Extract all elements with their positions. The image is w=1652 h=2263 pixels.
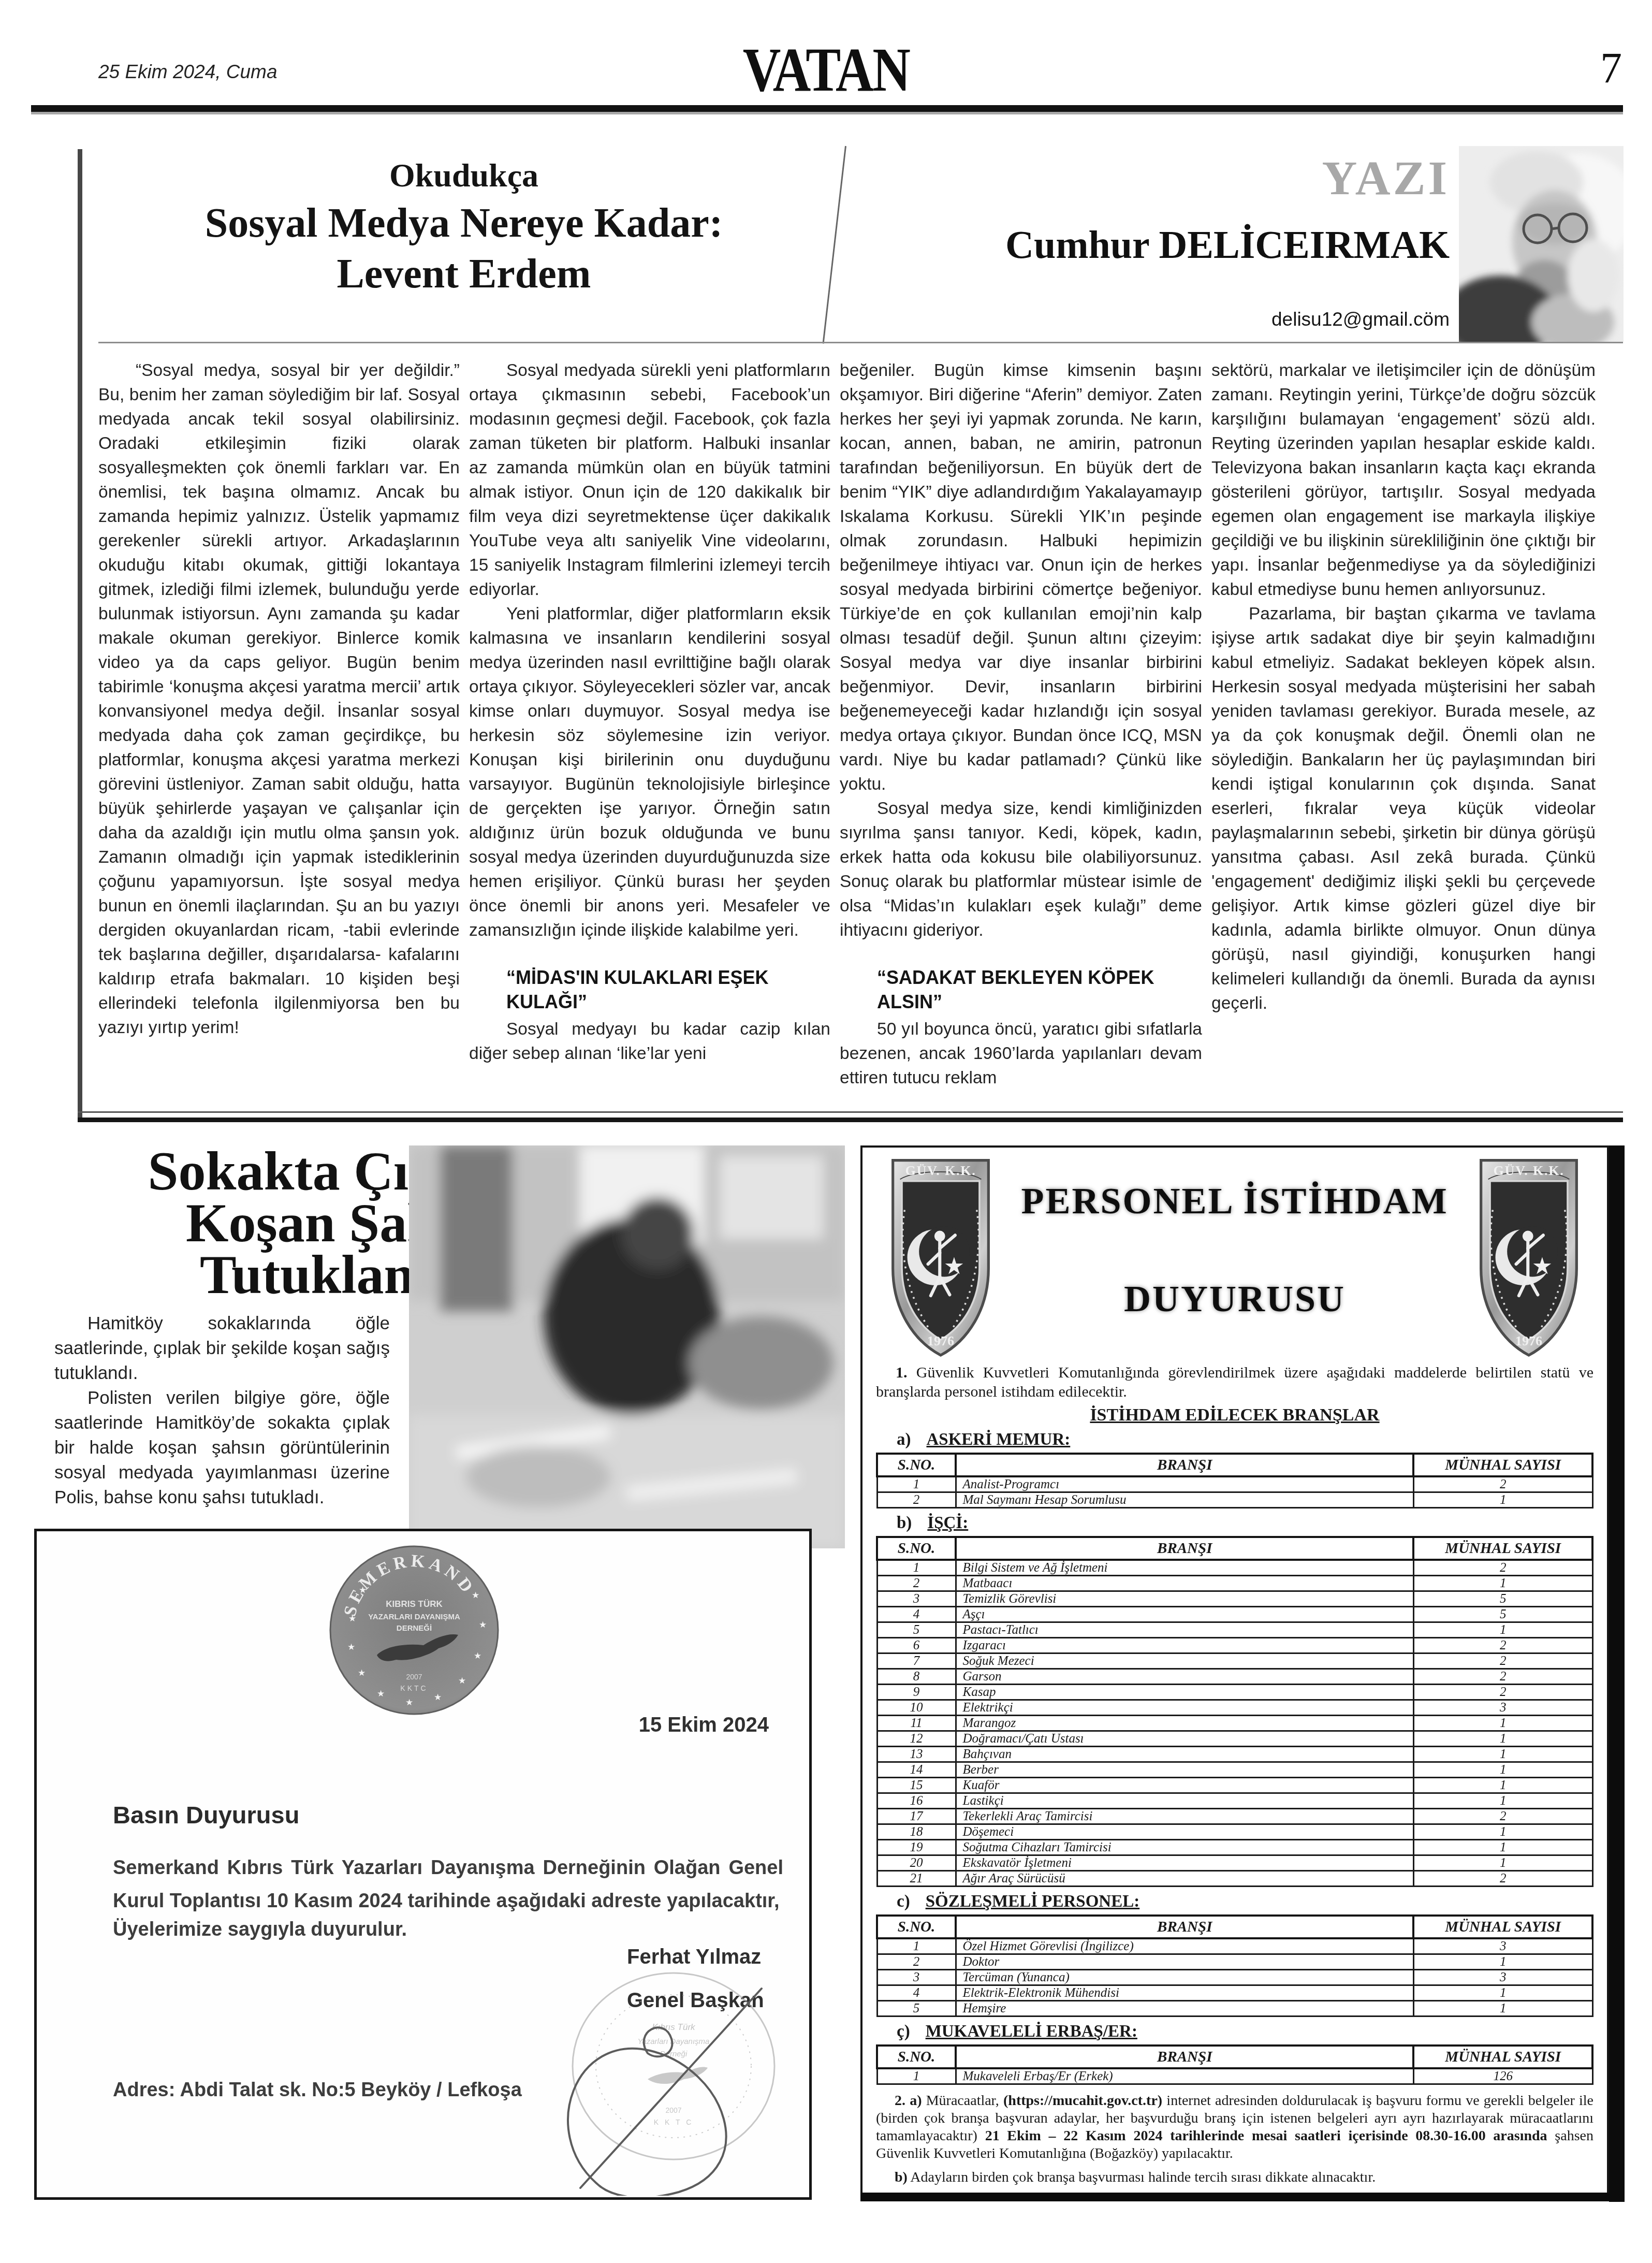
table-cell: Marangoz — [956, 1716, 1413, 1731]
ad-intro: 1. Güvenlik Kuvvetleri Komutanlığında gö… — [876, 1363, 1593, 1401]
column-header: MÜNHAL SAYISI — [1413, 1916, 1592, 1938]
note-2a: 2. a) Müracaatlar, (https://mucahit.gov.… — [876, 2092, 1593, 2163]
table-cell: 1 — [1413, 2001, 1592, 2017]
section-divider-thick — [78, 1118, 1623, 1122]
ad-title-line1: PERSONEL İSTİHDAM — [1005, 1180, 1464, 1223]
title-rule — [98, 342, 1623, 343]
article-header: Okudukça Sosyal Medya Nereye Kadar: Leve… — [98, 153, 829, 299]
newspaper-title: VATAN — [124, 34, 1528, 106]
table-cell: 5 — [877, 2001, 956, 2017]
column-header: MÜNHAL SAYISI — [1413, 1454, 1592, 1476]
table-cell: 5 — [1413, 1591, 1592, 1607]
paragraph: Sosyal medyayı bu kadar cazip kılan diğe… — [469, 1017, 830, 1066]
table-cell: Pastacı-Tatlıcı — [956, 1622, 1413, 1638]
svg-text:2007: 2007 — [406, 1673, 422, 1681]
table-cell: 18 — [877, 1824, 956, 1840]
table-cell: Kuaför — [956, 1778, 1413, 1793]
table-cell: 2 — [877, 1954, 956, 1970]
article-kicker: Okudukça — [98, 153, 829, 198]
svg-text:Yazarları Dayanışma: Yazarları Dayanışma — [638, 2037, 710, 2046]
table-row: 10Elektrikçi3 — [877, 1700, 1592, 1716]
table-header-row: S.NO.BRANŞIMÜNHAL SAYISI — [877, 1454, 1592, 1476]
table-cell: Garson — [956, 1669, 1413, 1685]
table-cell: Bilgi Sistem ve Ağ İşletmeni — [956, 1560, 1413, 1576]
table-cell: 16 — [877, 1793, 956, 1809]
ad-title: PERSONEL İSTİHDAM DUYURUSU — [1005, 1180, 1464, 1321]
table-cell: Lastikçi — [956, 1793, 1413, 1809]
table-cell: 2 — [1413, 1809, 1592, 1824]
table-row: 3Temizlik Görevlisi5 — [877, 1591, 1592, 1607]
svg-text:★: ★ — [472, 1590, 479, 1600]
svg-text:YAZARLARI DAYANIŞMA: YAZARLARI DAYANIŞMA — [368, 1613, 460, 1621]
table-cell: Elektrik-Elektronik Mühendisi — [956, 1985, 1413, 2001]
table-cell: 1 — [1413, 1576, 1592, 1591]
table-row: 11Marangoz1 — [877, 1716, 1592, 1731]
table-cell: Berber — [956, 1762, 1413, 1778]
column-header: MÜNHAL SAYISI — [1413, 2046, 1592, 2068]
table-cell: Hemşire — [956, 2001, 1413, 2017]
article-subhead: “SADAKAT BEKLEYEN KÖPEK ALSIN” — [840, 965, 1202, 1014]
svg-text:★: ★ — [359, 1585, 367, 1595]
table-cell: Soğutma Cihazları Tamircisi — [956, 1840, 1413, 1855]
section-d-heading: ç)MUKAVELELİ ERBAŞ/ER: — [897, 2022, 1593, 2041]
svg-text:★: ★ — [458, 1676, 466, 1686]
page-number: 7 — [1600, 43, 1622, 94]
svg-text:K K T C: K K T C — [654, 2118, 694, 2126]
table-cell: 1 — [1413, 1492, 1592, 1508]
author-name: Cumhur DELİCEIRMAK — [828, 223, 1450, 268]
table-cell: 1 — [1413, 1622, 1592, 1638]
table-row: 15Kuaför1 — [877, 1778, 1592, 1793]
table-cell: Aşçı — [956, 1607, 1413, 1622]
table-row: 12Doğramacı/Çatı Ustası1 — [877, 1731, 1592, 1747]
svg-text:★: ★ — [474, 1651, 481, 1661]
svg-text:★: ★ — [377, 1689, 385, 1699]
table-cell: 2 — [1413, 1638, 1592, 1653]
newspaper-page: 25 Ekim 2024, Cuma VATAN 7 Okudukça Sosy… — [0, 0, 1652, 2263]
paragraph: sektörü, markalar ve iletişimciler için … — [1211, 358, 1596, 602]
table-row: 5Pastacı-Tatlıcı1 — [877, 1622, 1592, 1638]
table-cell: 1 — [1413, 1747, 1592, 1762]
isci-table: S.NO.BRANŞIMÜNHAL SAYISI1Bilgi Sistem ve… — [876, 1536, 1593, 1887]
table-cell: Mal Saymanı Hesap Sorumlusu — [956, 1492, 1413, 1508]
table-cell: 9 — [877, 1685, 956, 1700]
article-title-line1: Sosyal Medya Nereye Kadar: — [98, 198, 829, 249]
table-row: 1Mukaveleli Erbaş/Er (Erkek)126 — [877, 2068, 1592, 2084]
table-cell: 6 — [877, 1638, 956, 1653]
table-cell: Kasap — [956, 1685, 1413, 1700]
svg-text:KKTC: KKTC — [400, 1684, 428, 1692]
table-cell: 1 — [1413, 1793, 1592, 1809]
table-cell: Tercüman (Yunanca) — [956, 1970, 1413, 1985]
table-cell: 2 — [877, 1492, 956, 1508]
column-header: BRANŞI — [956, 2046, 1413, 2068]
paragraph: Sosyal medya size, kendi kimliğinizden s… — [840, 796, 1202, 942]
section-divider-thin — [78, 1111, 1623, 1113]
press-release-letter: SEMERKAND KIBRIS TÜRK YAZARLARI DAYANIŞM… — [34, 1529, 812, 2200]
table-cell: Mukaveleli Erbaş/Er (Erkek) — [956, 2068, 1413, 2084]
table-cell: 2 — [1413, 1560, 1592, 1576]
table-cell: 3 — [877, 1970, 956, 1985]
table-cell: 2 — [1413, 1476, 1592, 1492]
paragraph: Polisten verilen bilgiye göre, öğle saat… — [54, 1386, 390, 1510]
table-cell: 2 — [1413, 1685, 1592, 1700]
article-column-4: sektörü, markalar ve iletişimciler için … — [1211, 358, 1596, 1121]
semerkand-logo: SEMERKAND KIBRIS TÜRK YAZARLARI DAYANIŞM… — [328, 1544, 501, 1717]
table-cell: 5 — [877, 1622, 956, 1638]
table-cell: 11 — [877, 1716, 956, 1731]
table-row: 3Tercüman (Yunanca)3 — [877, 1970, 1592, 1985]
table-cell: Izgaracı — [956, 1638, 1413, 1653]
table-row: 1Analist-Programcı2 — [877, 1476, 1592, 1492]
ad-title-line2: DUYURUSU — [1005, 1278, 1464, 1321]
article-left-bar — [78, 149, 82, 1122]
table-cell: Matbaacı — [956, 1576, 1413, 1591]
svg-text:DERNEĞİ: DERNEĞİ — [397, 1623, 432, 1633]
table-row: 20Ekskavatör İşletmeni1 — [877, 1855, 1592, 1871]
table-cell: Analist-Programcı — [956, 1476, 1413, 1492]
article-column-3: beğeniler. Bugün kimse kimsenin başını o… — [840, 358, 1202, 1121]
table-row: 4Aşçı5 — [877, 1607, 1592, 1622]
table-cell: 1 — [877, 1476, 956, 1492]
crime-article-body: Hamitköy sokaklarında öğle saatlerinde, … — [54, 1311, 390, 1510]
section-b-heading: b)İŞÇİ: — [897, 1514, 1593, 1533]
column-header: BRANŞI — [956, 1454, 1413, 1476]
svg-text:★: ★ — [479, 1620, 487, 1630]
table-cell: Ekskavatör İşletmeni — [956, 1855, 1413, 1871]
paragraph: beğeniler. Bugün kimse kimsenin başını o… — [840, 358, 1202, 796]
table-cell: 19 — [877, 1840, 956, 1855]
table-cell: 1 — [1413, 1840, 1592, 1855]
table-row: 9Kasap2 — [877, 1685, 1592, 1700]
table-cell: 4 — [877, 1985, 956, 2001]
table-cell: 3 — [1413, 1700, 1592, 1716]
table-cell: 3 — [877, 1591, 956, 1607]
columnist-photo — [1459, 146, 1624, 342]
table-cell: 3 — [1413, 1970, 1592, 1985]
mukaveleli-erbas-table: S.NO.BRANŞIMÜNHAL SAYISI1Mukaveleli Erba… — [876, 2044, 1593, 2085]
table-cell: 1 — [1413, 1954, 1592, 1970]
table-row: 16Lastikçi1 — [877, 1793, 1592, 1809]
security-forces-emblem-icon — [879, 1156, 1002, 1359]
table-cell: 1 — [877, 1938, 956, 1954]
table-row: 17Tekerlekli Araç Tamircisi2 — [877, 1809, 1592, 1824]
table-row: 5Hemşire1 — [877, 2001, 1592, 2017]
column-header: S.NO. — [877, 1916, 956, 1938]
table-cell: 12 — [877, 1731, 956, 1747]
table-cell: 126 — [1413, 2068, 1592, 2084]
section-a-heading: a)ASKERİ MEMUR: — [897, 1430, 1593, 1449]
security-forces-emblem-icon — [1467, 1156, 1590, 1359]
table-row: 2Doktor1 — [877, 1954, 1592, 1970]
table-row: 6Izgaracı2 — [877, 1638, 1592, 1653]
branches-heading: İSTİHDAM EDİLECEK BRANŞLAR — [876, 1405, 1593, 1425]
table-header-row: S.NO.BRANŞIMÜNHAL SAYISI — [877, 1916, 1592, 1938]
table-cell: 13 — [877, 1747, 956, 1762]
ad-header: PERSONEL İSTİHDAM DUYURUSU — [876, 1155, 1593, 1362]
table-row: 7Soğuk Mezeci2 — [877, 1653, 1592, 1669]
column-header: S.NO. — [877, 1537, 956, 1560]
table-cell: Tekerlekli Araç Tamircisi — [956, 1809, 1413, 1824]
ad-content: PERSONEL İSTİHDAM DUYURUSU 1. Güvenlik K… — [862, 1148, 1607, 2195]
table-row: 1Özel Hizmet Görevlisi (İngilizce)3 — [877, 1938, 1592, 1954]
table-row: 1Bilgi Sistem ve Ağ İşletmeni2 — [877, 1560, 1592, 1576]
ad-bottom-bar — [860, 2193, 1625, 2201]
table-cell: 3 — [1413, 1938, 1592, 1954]
table-row: 4Elektrik-Elektronik Mühendisi1 — [877, 1985, 1592, 2001]
svg-text:★: ★ — [347, 1642, 355, 1652]
header-rule — [31, 105, 1623, 112]
letter-heading: Basın Duyurusu — [113, 1801, 299, 1829]
letter-date: 15 Ekim 2024 — [639, 1714, 769, 1737]
table-cell: 1 — [1413, 1985, 1592, 2001]
letter-address: Adres: Abdi Talat sk. No:5 Beyköy / Lefk… — [113, 2079, 522, 2101]
table-cell: 7 — [877, 1653, 956, 1669]
paragraph: Hamitköy sokaklarında öğle saatlerinde, … — [54, 1311, 390, 1386]
author-email: delisu12@gmail.cöm — [1087, 309, 1450, 330]
askeri-memur-table: S.NO.BRANŞIMÜNHAL SAYISI1Analist-Program… — [876, 1453, 1593, 1508]
table-row: 14Berber1 — [877, 1762, 1592, 1778]
table-cell: 1 — [1413, 1762, 1592, 1778]
table-row: 18Döşemeci1 — [877, 1824, 1592, 1840]
svg-text:2007: 2007 — [665, 2106, 681, 2114]
table-row: 2Mal Saymanı Hesap Sorumlusu1 — [877, 1492, 1592, 1508]
table-cell: 8 — [877, 1669, 956, 1685]
table-row: 21Ağır Araç Sürücüsü2 — [877, 1871, 1592, 1887]
svg-text:★: ★ — [434, 1692, 442, 1702]
sozlesmeli-personel-table: S.NO.BRANŞIMÜNHAL SAYISI1Özel Hizmet Gör… — [876, 1914, 1593, 2017]
column-header: BRANŞI — [956, 1537, 1413, 1560]
article-title-line2: Levent Erdem — [98, 249, 829, 299]
paragraph: Pazarlama, bir baştan çıkarma ve tavlama… — [1211, 602, 1596, 1016]
column-header: S.NO. — [877, 2046, 956, 2068]
table-row: 2Matbaacı1 — [877, 1576, 1592, 1591]
table-cell: 1 — [1413, 1716, 1592, 1731]
table-row: 19Soğutma Cihazları Tamircisi1 — [877, 1840, 1592, 1855]
table-cell: 1 — [1413, 1778, 1592, 1793]
table-cell: 10 — [877, 1700, 956, 1716]
svg-text:★: ★ — [358, 1668, 366, 1678]
letter-note: Üyelerimize saygıyla duyurulur. — [113, 1919, 407, 1941]
table-cell: Doğramacı/Çatı Ustası — [956, 1731, 1413, 1747]
section-c-heading: c)SÖZLEŞMELİ PERSONEL: — [897, 1892, 1593, 1911]
letter-body: Semerkand Kıbrıs Türk Yazarları Dayanışm… — [113, 1851, 783, 1918]
crime-photo — [409, 1145, 845, 1548]
svg-text:★: ★ — [405, 1698, 413, 1707]
table-cell: 20 — [877, 1855, 956, 1871]
table-cell: Doktor — [956, 1954, 1413, 1970]
table-cell: 1 — [877, 2068, 956, 2084]
table-header-row: S.NO.BRANŞIMÜNHAL SAYISI — [877, 1537, 1592, 1560]
ad-notes: 2. a) Müracaatlar, (https://mucahit.gov.… — [876, 2092, 1593, 2195]
table-cell: 14 — [877, 1762, 956, 1778]
table-cell: 1 — [877, 1560, 956, 1576]
table-cell: 2 — [1413, 1871, 1592, 1887]
stamp-and-signature: Kıbrıs Türk Yazarları Dayanışma Derneği … — [518, 1960, 808, 2196]
table-cell: 17 — [877, 1809, 956, 1824]
table-cell: Bahçıvan — [956, 1747, 1413, 1762]
table-cell: 21 — [877, 1871, 956, 1887]
table-cell: 2 — [877, 1576, 956, 1591]
column-header: S.NO. — [877, 1454, 956, 1476]
table-cell: Döşemeci — [956, 1824, 1413, 1840]
table-cell: 1 — [1413, 1731, 1592, 1747]
table-cell: Özel Hizmet Görevlisi (İngilizce) — [956, 1938, 1413, 1954]
table-cell: 2 — [1413, 1669, 1592, 1685]
table-cell: Temizlik Görevlisi — [956, 1591, 1413, 1607]
table-cell: Soğuk Mezeci — [956, 1653, 1413, 1669]
svg-text:★: ★ — [348, 1614, 356, 1623]
table-row: 13Bahçıvan1 — [877, 1747, 1592, 1762]
table-cell: 5 — [1413, 1607, 1592, 1622]
table-cell: Elektrikçi — [956, 1700, 1413, 1716]
recruitment-ad: PERSONEL İSTİHDAM DUYURUSU 1. Güvenlik K… — [860, 1145, 1609, 2195]
paragraph: Sosyal medyada sürekli yeni platformları… — [469, 358, 830, 602]
table-cell: 4 — [877, 1607, 956, 1622]
article-column-1: “Sosyal medya, sosyal bir yer değildir.”… — [98, 358, 460, 1121]
table-row: 8Garson2 — [877, 1669, 1592, 1685]
svg-text:KIBRIS TÜRK: KIBRIS TÜRK — [386, 1599, 443, 1609]
column-header: BRANŞI — [956, 1916, 1413, 1938]
table-cell: Ağır Araç Sürücüsü — [956, 1871, 1413, 1887]
table-cell: 2 — [1413, 1653, 1592, 1669]
ad-right-bar — [1609, 1145, 1625, 2202]
note-2b: b) Adayların birden çok branşa başvurmas… — [876, 2169, 1593, 2186]
paragraph: “Sosyal medya, sosyal bir yer değildir.”… — [98, 358, 460, 1040]
column-label: YAZI — [1087, 150, 1450, 206]
table-cell: 1 — [1413, 1824, 1592, 1840]
paragraph: 50 yıl boyunca öncü, yaratıcı gibi sıfat… — [840, 1017, 1202, 1090]
table-cell: 1 — [1413, 1855, 1592, 1871]
table-header-row: S.NO.BRANŞIMÜNHAL SAYISI — [877, 2046, 1592, 2068]
article-column-2: Sosyal medyada sürekli yeni platformları… — [469, 358, 830, 1121]
column-header: MÜNHAL SAYISI — [1413, 1537, 1592, 1560]
article-subhead: “MİDAS'IN KULAKLARI EŞEK KULAĞI” — [469, 965, 830, 1014]
paragraph: Yeni platformlar, diğer platformların ek… — [469, 602, 830, 942]
table-cell: 15 — [877, 1778, 956, 1793]
